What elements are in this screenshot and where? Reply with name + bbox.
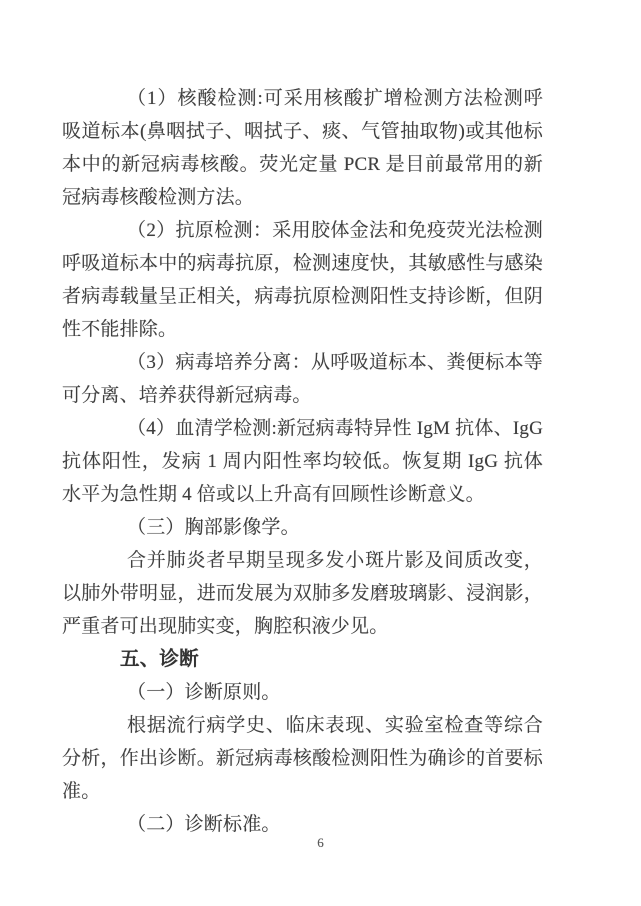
paragraph: （2）抗原检测：采用胶体金法和免疫荧光法检测呼吸道标本中的病毒抗原，检测速度快，… — [62, 214, 543, 346]
sub-heading: （三）胸部影像学。 — [62, 511, 543, 544]
paragraph: 合并肺炎者早期呈现多发小斑片影及间质改变，以肺外带明显，进而发展为双肺多发磨玻璃… — [62, 544, 543, 643]
section-heading: 五、诊断 — [62, 643, 543, 676]
paragraph: （4）血清学检测:新冠病毒特异性 IgM 抗体、IgG 抗体阳性，发病 1 周内… — [62, 412, 543, 511]
document-page: （1）核酸检测:可采用核酸扩增检测方法检测呼吸道标本(鼻咽拭子、咽拭子、痰、气管… — [0, 0, 641, 906]
document-text-block: （1）核酸检测:可采用核酸扩增检测方法检测呼吸道标本(鼻咽拭子、咽拭子、痰、气管… — [62, 82, 543, 841]
paragraph: 根据流行病学史、临床表现、实验室检查等综合分析，作出诊断。新冠病毒核酸检测阳性为… — [62, 709, 543, 808]
sub-heading: （一）诊断原则。 — [62, 676, 543, 709]
paragraph: （3）病毒培养分离：从呼吸道标本、粪便标本等可分离、培养获得新冠病毒。 — [62, 346, 543, 412]
paragraph: （1）核酸检测:可采用核酸扩增检测方法检测呼吸道标本(鼻咽拭子、咽拭子、痰、气管… — [62, 82, 543, 214]
page-number: 6 — [0, 835, 641, 851]
